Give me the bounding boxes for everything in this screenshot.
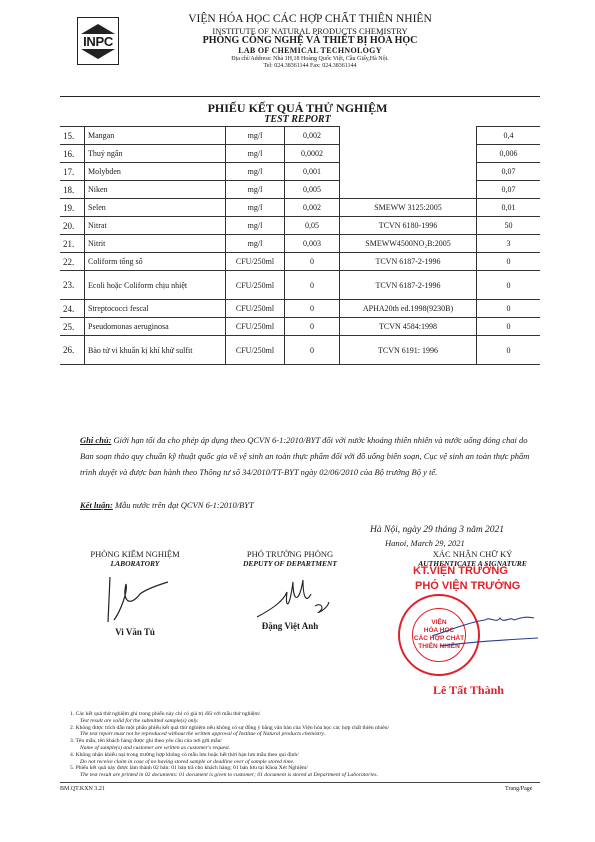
detection-limit: 0,002	[285, 127, 340, 145]
unit: mg/l	[226, 217, 285, 235]
parameter-name: Streptococci fescal	[85, 300, 226, 318]
footnote-vn: 4. Không nhận khiếu nại trong trường hợp…	[70, 752, 540, 759]
max-limit: 0	[477, 336, 541, 365]
max-limit: 0	[477, 253, 541, 271]
unit: CFU/250ml	[226, 318, 285, 336]
inpc-logo: INPC	[77, 17, 119, 65]
unit: CFU/250ml	[226, 271, 285, 300]
notes-label: Ghi chú:	[80, 435, 111, 445]
detection-limit: 0	[285, 318, 340, 336]
signatory-name: Vi Văn Tú	[65, 627, 205, 637]
page-label: Trang/Page	[505, 786, 532, 792]
row-number: 20.	[60, 217, 85, 235]
parameter-name: Coliform tổng số	[85, 253, 226, 271]
detection-limit: 0,002	[285, 199, 340, 217]
row-number: 24.	[60, 300, 85, 318]
form-code: BM.QT.KXN 3.21	[60, 786, 105, 792]
parameter-name: Molybden	[85, 163, 226, 181]
signature-laboratory: PHÒNG KIỂM NGHIỆM LABORATORY Vi Văn Tú	[65, 549, 205, 568]
parameter-name: Niken	[85, 181, 226, 199]
table-row: 16.Thuỷ ngânmg/l0,00020,006	[60, 145, 540, 163]
footnote-en: Name of sample(s) and customer are writt…	[70, 745, 540, 752]
document-subtitle: TEST REPORT	[0, 114, 595, 125]
director-name: Lê Tất Thành	[433, 683, 504, 698]
parameter-name: Pseudomonas aeruginosa	[85, 318, 226, 336]
unit: mg/l	[226, 199, 285, 217]
detection-limit: 0	[285, 336, 340, 365]
row-number: 16.	[60, 145, 85, 163]
table-row: 15.Manganmg/l0,0020,4	[60, 127, 540, 145]
table-row: 20.Nitratmg/l0,05TCVN 6180-199650	[60, 217, 540, 235]
footnote-vn: 1. Các kết quả thử nghiệm ghi trong phiế…	[70, 711, 540, 718]
detection-limit: 0,005	[285, 181, 340, 199]
detection-limit: 0,05	[285, 217, 340, 235]
handwritten-signature-icon	[255, 572, 335, 622]
test-method: TCVN 6180-1996	[340, 217, 477, 235]
notes-text: Giới hạn tối đa cho phép áp dụng theo QC…	[80, 435, 529, 477]
test-method	[340, 145, 477, 163]
stamp-title-line1: KT.VIỆN TRƯỞNG	[413, 565, 508, 577]
test-method: APHA20th ed.1998(9230B)	[340, 300, 477, 318]
table-row: 22.Coliform tổng sốCFU/250ml0TCVN 6187-2…	[60, 253, 540, 271]
detection-limit: 0,001	[285, 163, 340, 181]
address: Địa chỉ/Address: Nhà 1H,18 Hoàng Quốc Vi…	[140, 56, 480, 62]
test-method: TCVN 6187-2-1996	[340, 253, 477, 271]
row-number: 25.	[60, 318, 85, 336]
detection-limit: 0	[285, 253, 340, 271]
stamp-title-line2: PHÓ VIỆN TRƯỞNG	[415, 580, 520, 592]
conclusion-text: Mẫu nước trên đạt QCVN 6-1:2010/BYT	[113, 500, 254, 510]
max-limit: 3	[477, 235, 541, 253]
date-en: Hanoi, March 29, 2021	[385, 538, 465, 548]
footnote-vn: 3. Tên mẫu, tên khách hàng được ghi theo…	[70, 738, 540, 745]
parameter-name: Nitrit	[85, 235, 226, 253]
parameter-name: Bào tử vi khuẩn kị khí khử sulfit	[85, 336, 226, 365]
footnotes: 1. Các kết quả thử nghiệm ghi trong phiế…	[70, 711, 540, 779]
signature-role-vn: PHÓ TRƯỞNG PHÒNG	[230, 549, 350, 559]
phone-fax: Tel: 024.38361144 Fax: 024.38361144	[140, 63, 480, 69]
header-divider	[60, 96, 540, 97]
detection-limit: 0,003	[285, 235, 340, 253]
institute-name-en: INSTITUTE OF NATURAL PRODUCTS CHEMISTRY	[140, 27, 480, 36]
max-limit: 0,006	[477, 145, 541, 163]
signature-role-en: DEPUTY OF DEPARTMENT	[230, 559, 350, 568]
row-number: 22.	[60, 253, 85, 271]
department-name-en: LAB OF CHEMICAL TECHNOLOGY	[140, 47, 480, 55]
row-number: 23.	[60, 271, 85, 300]
row-number: 26.	[60, 336, 85, 365]
unit: mg/l	[226, 163, 285, 181]
letterhead: VIỆN HÓA HỌC CÁC HỢP CHẤT THIÊN NHIÊN IN…	[140, 14, 480, 69]
test-method: TCVN 6191: 1996	[340, 336, 477, 365]
table-row: 24.Streptococci fescalCFU/250ml0APHA20th…	[60, 300, 540, 318]
signature-role-en: LABORATORY	[65, 559, 205, 568]
unit: mg/l	[226, 235, 285, 253]
max-limit: 0	[477, 318, 541, 336]
table-row: 17.Molybdenmg/l0,0010,07	[60, 163, 540, 181]
test-method	[340, 163, 477, 181]
parameter-name: Mangan	[85, 127, 226, 145]
parameter-name: Selen	[85, 199, 226, 217]
test-method: SMEWW 3125:2005	[340, 199, 477, 217]
test-method	[340, 127, 477, 145]
test-method: TCVN 4584:1998	[340, 318, 477, 336]
table-row: 21.Nitritmg/l0,003SMEWW4500NO₂B:20053	[60, 235, 540, 253]
footer-divider	[60, 782, 540, 783]
notes: Ghi chú: Giới hạn tối đa cho phép áp dụn…	[80, 432, 540, 480]
signature-role-vn: PHÒNG KIỂM NGHIỆM	[65, 549, 205, 559]
test-method: SMEWW4500NO₂B:2005	[340, 235, 477, 253]
institute-name-vn: VIỆN HÓA HỌC CÁC HỢP CHẤT THIÊN NHIÊN	[140, 14, 480, 26]
row-number: 19.	[60, 199, 85, 217]
department-name-vn: PHÒNG CÔNG NGHỆ VÀ THIẾT BỊ HÓA HỌC	[140, 36, 480, 46]
table-row: 25.Pseudomonas aeruginosaCFU/250ml0TCVN …	[60, 318, 540, 336]
handwritten-signature-icon	[430, 612, 540, 652]
signature-role-vn: XÁC NHẬN CHỮ KÝ	[400, 549, 545, 559]
date-vn: Hà Nội, ngày 29 tháng 3 năm 2021	[370, 525, 504, 535]
max-limit: 0,4	[477, 127, 541, 145]
footnote-en: The test result are printed in 02 docume…	[70, 772, 540, 779]
detection-limit: 0	[285, 300, 340, 318]
parameter-name: Nitrat	[85, 217, 226, 235]
footnote-en: Test result are valid for the submitted …	[70, 718, 540, 725]
row-number: 18.	[60, 181, 85, 199]
results-table: 15.Manganmg/l0,0020,416.Thuỷ ngânmg/l0,0…	[60, 126, 540, 365]
unit: CFU/250ml	[226, 300, 285, 318]
signature-deputy: PHÓ TRƯỞNG PHÒNG DEPUTY OF DEPARTMENT Đặ…	[230, 549, 350, 568]
row-number: 15.	[60, 127, 85, 145]
logo-text: INPC	[83, 34, 113, 49]
unit: CFU/250ml	[226, 253, 285, 271]
parameter-name: Thuỷ ngân	[85, 145, 226, 163]
table-row: 19.Selenmg/l0,002SMEWW 3125:20050,01	[60, 199, 540, 217]
table-row: 18.Nikenmg/l0,0050,07	[60, 181, 540, 199]
unit: CFU/250ml	[226, 336, 285, 365]
conclusion-label: Kết luận:	[80, 500, 113, 510]
detection-limit: 0,0002	[285, 145, 340, 163]
table-row: 26.Bào tử vi khuẩn kị khí khử sulfitCFU/…	[60, 336, 540, 365]
signatory-name: Đặng Việt Anh	[230, 621, 350, 631]
max-limit: 0,07	[477, 181, 541, 199]
max-limit: 50	[477, 217, 541, 235]
unit: mg/l	[226, 127, 285, 145]
test-method	[340, 181, 477, 199]
row-number: 21.	[60, 235, 85, 253]
handwritten-signature-icon	[100, 572, 170, 627]
logo-triangle-up-icon	[81, 24, 115, 34]
logo-triangle-down-icon	[81, 49, 115, 59]
unit: mg/l	[226, 145, 285, 163]
test-method: TCVN 6187-2-1996	[340, 271, 477, 300]
max-limit: 0,01	[477, 199, 541, 217]
max-limit: 0	[477, 271, 541, 300]
unit: mg/l	[226, 181, 285, 199]
max-limit: 0,07	[477, 163, 541, 181]
row-number: 17.	[60, 163, 85, 181]
conclusion: Kết luận: Mẫu nước trên đạt QCVN 6-1:201…	[80, 500, 254, 510]
detection-limit: 0	[285, 271, 340, 300]
parameter-name: Ecoli hoặc Coliform chịu nhiệt	[85, 271, 226, 300]
table-row: 23.Ecoli hoặc Coliform chịu nhiệtCFU/250…	[60, 271, 540, 300]
max-limit: 0	[477, 300, 541, 318]
